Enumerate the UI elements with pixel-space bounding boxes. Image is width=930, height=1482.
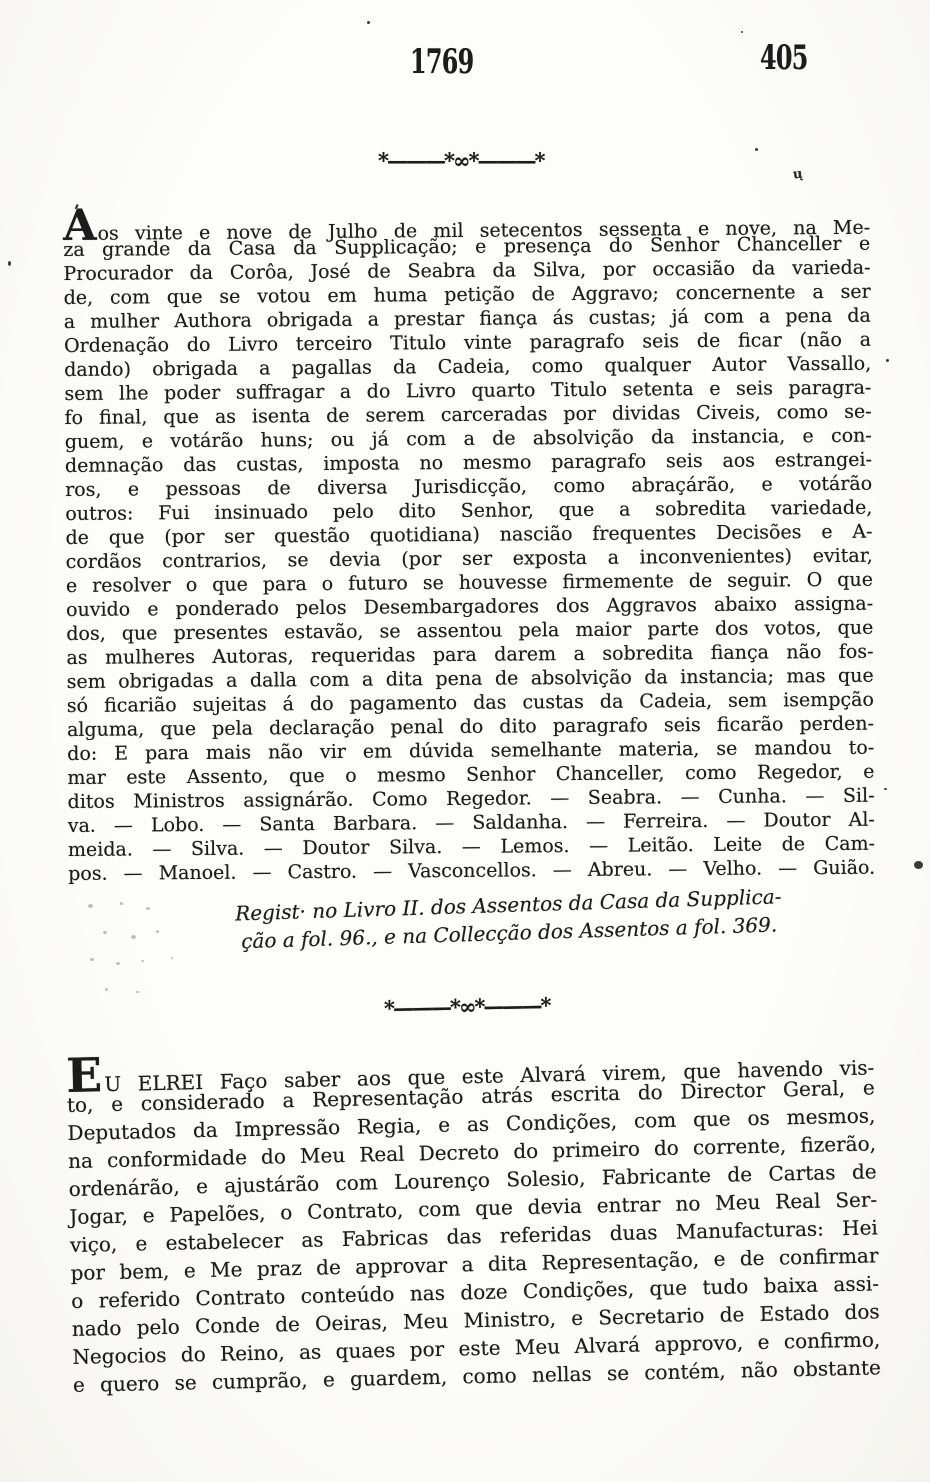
show-through-mark (120, 902, 123, 905)
show-through-mark (141, 960, 144, 962)
drop-cap-initial: E (66, 1062, 103, 1091)
show-through-mark (88, 904, 93, 908)
apostrophe-mark: ’ (74, 204, 80, 217)
show-through-mark (90, 958, 94, 961)
show-through-mark (156, 930, 159, 933)
assento-paragraph: Aos vinte e nove de Julho de mil setecen… (63, 208, 875, 886)
show-through-mark (105, 988, 108, 991)
ink-speck (886, 359, 889, 362)
page-number: 405 (760, 38, 808, 78)
show-through-mark (146, 907, 150, 910)
ink-speck (755, 148, 758, 151)
paragraph-lines: za grande da Casa da Supplicação; e pres… (63, 232, 875, 886)
ink-speck (884, 788, 887, 790)
register-note: Regist· no Livro II. dos Assentos da Cas… (218, 882, 799, 956)
text-line: pos. — Manoel. — Castro. — Vasconcellos.… (68, 856, 875, 886)
show-through-mark (171, 957, 173, 959)
ink-speck (8, 261, 11, 266)
ink-speck (741, 31, 743, 33)
scribble-mark: ų (792, 168, 803, 182)
show-through-mark (116, 962, 120, 965)
document-page: 1769 405 *———*∞*———* Aos vinte e nove de… (0, 0, 930, 1482)
show-through-mark (103, 931, 107, 934)
alvara-paragraph: EU ELREI Faço saber aos que este Alvará … (66, 1045, 881, 1399)
ink-speck (367, 21, 370, 24)
middle-divider-ornament: *———*∞*———* (384, 992, 550, 1020)
show-through-mark (136, 991, 139, 993)
ink-speck (914, 861, 923, 869)
paragraph-lines: to, e considerado a Representação atrás … (67, 1073, 882, 1399)
year-heading: 1769 (410, 42, 473, 82)
note-lines: Regist· no Livro II. dos Assentos da Cas… (218, 882, 799, 956)
top-divider-ornament: *———*∞*———* (378, 148, 543, 173)
show-through-mark (131, 935, 136, 939)
